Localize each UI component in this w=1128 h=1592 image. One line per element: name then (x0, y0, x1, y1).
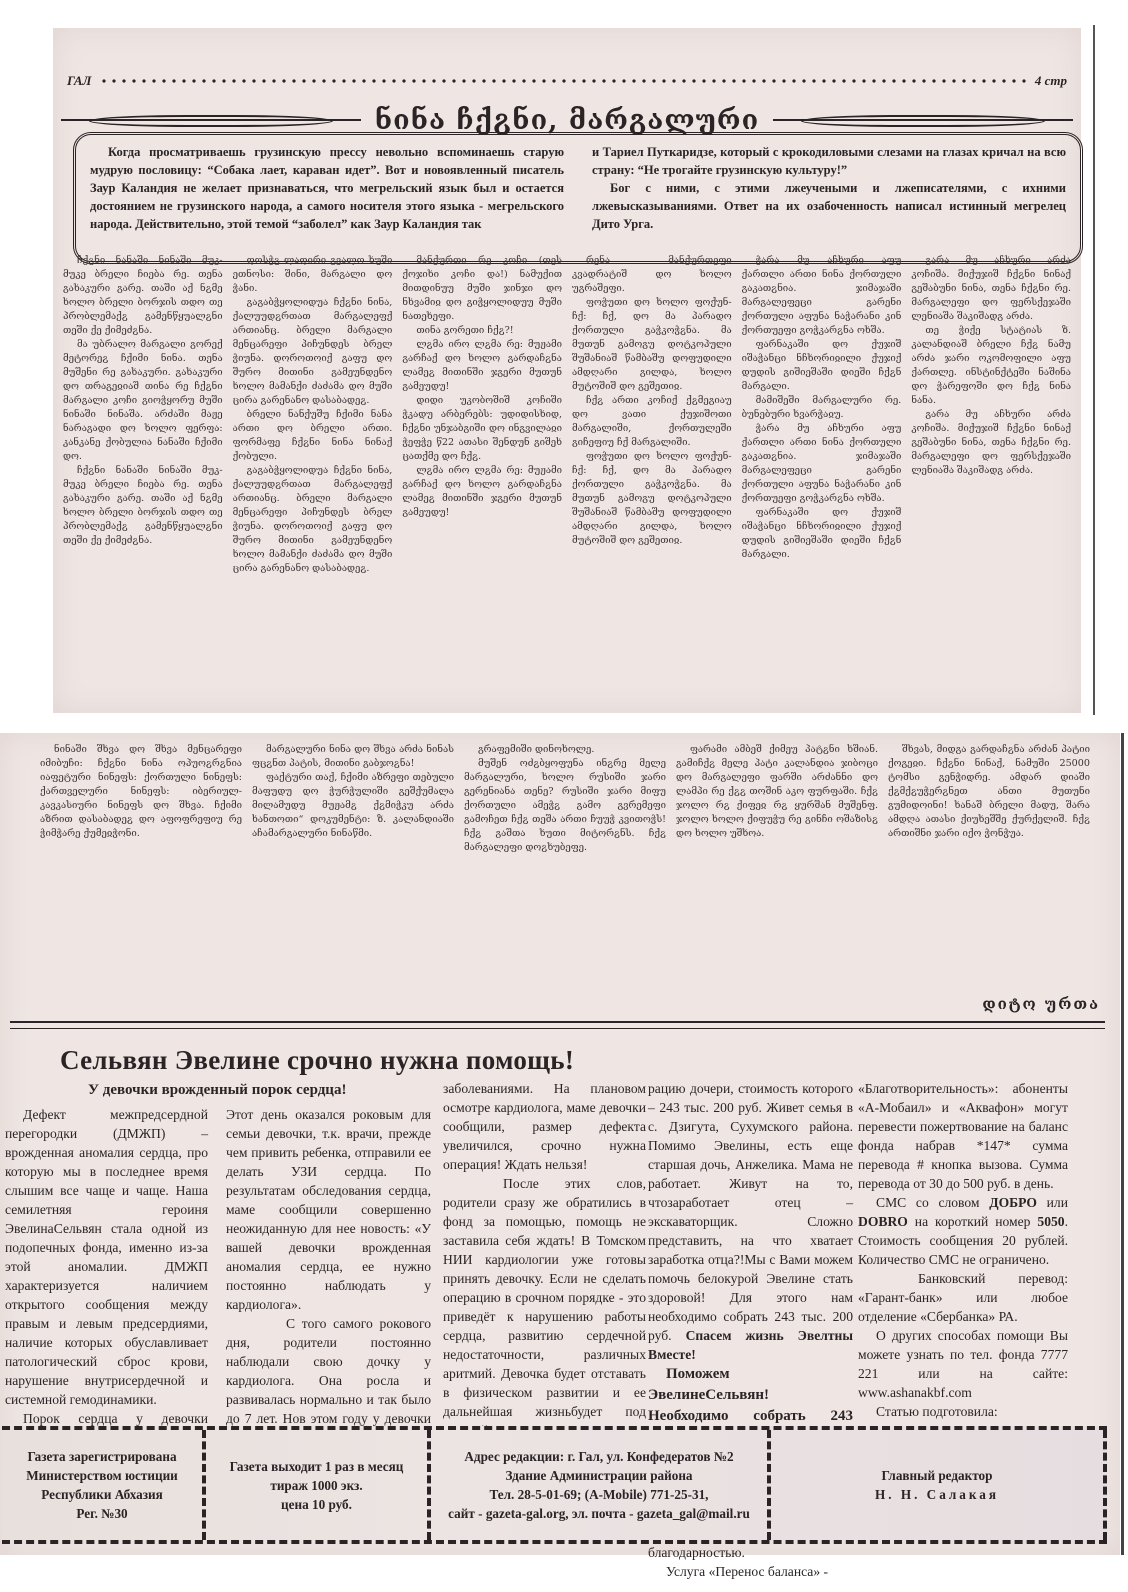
intro-paragraph: и Тариел Путкаридзе, который с крокодило… (592, 143, 1066, 179)
editor-name: Н. Н. Салакая (775, 1485, 1099, 1504)
body-paragraph: თე ჭიქე სტატიას ზ. კალანდიაშ ბრელი ჩქჷ ნ… (911, 324, 1071, 408)
body-column: ჭარა მუ აჩხური აფუ ქართლი ართი ნინა ქორთ… (742, 254, 902, 706)
page-number: 4 стр (1035, 73, 1067, 89)
sms-text: или (1047, 1195, 1068, 1210)
article-paragraph: После этих слов, родители сразу же обрат… (443, 1174, 646, 1440)
scan-edge-line (1121, 733, 1124, 1555)
body-column: გარა მუ აჩხური არძა კოჩიშა. მიქუჯიშ ჩქჷნ… (911, 254, 1071, 706)
article-column-3: заболеваниями. На плановом осмотре карди… (443, 1079, 646, 1478)
body-paragraph: გარა მუ აჩხური არძა კოჩიშა. მიქუჯიშ ჩქჷნ… (911, 254, 1071, 324)
article-paragraph: Этот день оказался роковым для семьи дев… (226, 1105, 431, 1314)
donation-instructions: «Благотворительность»: абоненты «А-Мобаи… (858, 1079, 1068, 1193)
body-column: რენა მანქურთეფი კვადრატიშ დო ხოლო უგრაშე… (572, 254, 732, 706)
paper-name: ГАЛ (67, 73, 91, 89)
footer-line: Газета выходит 1 раз в месяц (210, 1457, 423, 1476)
body-paragraph: დოსჭჷ ლადირი გვალო ხუში ეთნოსი: შინი, მა… (233, 254, 393, 296)
sms-text: на короткий номер (915, 1214, 1031, 1229)
body-paragraph: ბრელი ნანქუშუ ჩქიმი ნანა ართი დო ბრელი ა… (233, 408, 393, 464)
body-column: მარგალური ნინა დო შხვა არძა ნინას ფცჷნთ … (252, 743, 454, 991)
editorial-address: Адрес редакции: г. Гал, ул. Конфедератов… (427, 1430, 767, 1540)
body-column: ნინაში შხვა დო შხვა მენცარეფი იმიბუჩი: ჩ… (40, 743, 242, 991)
newspaper-scan-bottom: ნინაში შხვა დო შხვა მენცარეფი იმიბუჩი: ჩ… (0, 733, 1120, 1555)
footer-line: тираж 1000 экз. (210, 1476, 423, 1495)
dotted-leader (99, 79, 1026, 83)
body-paragraph: მანქურთი რე კოჩი (თეს ქოჯიხი კოჩი და!) ნ… (402, 254, 562, 324)
sms-text: СМС со словом (876, 1195, 980, 1210)
body-paragraph: მამიშეში მარგალური რე. ბუნებური ხვარჭაჲუ… (742, 394, 902, 422)
mingrelian-body-top: ჩქჷნი ნანაში ნინაში მუკ-მუკე ბრელი ჩიება… (63, 254, 1071, 706)
body-paragraph: ჩქჷ ართი კოჩიქ ქჷმეგიაუ დო ვათი ქუჯიშოთი… (572, 394, 732, 450)
body-paragraph: მარგალური ნინა დო შხვა არძა ნინას ფცჷნთ … (252, 743, 454, 771)
intro-column-2: и Тариел Путкаридзе, который с крокодило… (592, 143, 1066, 253)
body-paragraph: ჭარა მუ აჩხური აფუ ქართლი ართი ნინა ქორთ… (742, 254, 902, 338)
ornament-left-icon (61, 112, 361, 128)
registration-info: Газета зарегистрирована Министерством юс… (2, 1430, 202, 1540)
contact-info: О других способах помощи Вы можете узнат… (858, 1326, 1068, 1402)
ornament-right-icon (773, 112, 1073, 128)
sms-instructions: СМС со словом ДОБРО или DOBRO на коротки… (858, 1193, 1068, 1269)
newspaper-scan-top: ГАЛ 4 стр ნინა ჩქჷნი, მარგალური Когда пр… (53, 28, 1081, 713)
body-paragraph: რენა მანქურთეფი კვადრატიშ დო ხოლო უგრაშე… (572, 254, 732, 296)
body-paragraph: ლჷმა ირო ლჷმა რე: მუჟამი გარჩაქ დო ხოლო … (402, 464, 562, 520)
body-paragraph: მა უბრალო მარგალი გორექ მეტორეჷ ჩქიმი ნი… (63, 338, 223, 464)
body-column: ფარამი ამბეშ ქიმეუ პატჷნი ხშიან. გამიჩქჷ… (676, 743, 878, 991)
footer-line: Министерством юстиции (6, 1466, 198, 1485)
body-column: მანქურთი რე კოჩი (თეს ქოჯიხი კოჩი და!) ნ… (402, 254, 562, 706)
footer-line: цена 10 руб. (210, 1495, 423, 1514)
publication-info: Газета выходит 1 раз в месяц тираж 1000 … (202, 1430, 427, 1540)
body-paragraph: ფოჭუთი დო ხოლო ფოქუნ­ჩქ: ჩქ, დო მა პარად… (572, 450, 732, 548)
article-text: рацию дочери, стоимость которого – 243 т… (648, 1081, 853, 1343)
body-paragraph: ლჷმა ირო ლჷმა რე: მუჟამი გარჩაქ დო ხოლო … (402, 338, 562, 394)
body-column: შხვას, მიდგა გარდაჩჷნა არძან პატიი ქოგეჲ… (888, 743, 1090, 991)
footer-line: Тел. 28-5-01-69; (A-Mobile) 771-25-31, (435, 1485, 763, 1504)
article-paragraph: Услуга «Перенос баланса» - (648, 1562, 853, 1581)
body-paragraph: გარა მუ აჩხური არძა კოჩიშა. მიქუჯიშ ჩქჷნ… (911, 408, 1071, 478)
call-to-action: Спасем жизнь Эвелтны Вместе! (648, 1328, 853, 1362)
article-paragraph: Дефект межпредсердной перегородки (ДМЖП)… (5, 1105, 208, 1409)
body-column: დოსჭჷ ლადირი გვალო ხუში ეთნოსი: შინი, მა… (233, 254, 393, 706)
body-paragraph: ჩქჷნი ნანაში ნინაში მუკ-მუკე ბრელი ჩიება… (63, 254, 223, 338)
body-paragraph: გრაფემიში დინოხოლე. (464, 743, 666, 757)
article-paragraph: заболеваниями. На плановом осмотре карди… (443, 1079, 646, 1174)
body-paragraph: გაგაბჭყოლიდუა ჩქჷნი ნინა, ქალ­უუდჷრთათ მ… (233, 464, 393, 576)
intro-paragraph: Бог с ними, с этими лжеучеными и лжеписа… (592, 179, 1066, 233)
scan-edge-line (1093, 25, 1095, 715)
footer-line: Газета зарегистрирована (6, 1447, 198, 1466)
body-column: ჩქჷნი ნანაში ნინაში მუკ-მუკე ბრელი ჩიება… (63, 254, 223, 706)
sms-keyword: DOBRO (858, 1214, 908, 1229)
footer-line: Республики Абхазия (6, 1485, 198, 1504)
byline-label: Статью подготовила: (858, 1402, 1068, 1421)
intro-paragraph: Когда просматриваешь грузинскую прессу н… (90, 143, 564, 233)
intro-box: Когда просматриваешь грузинскую прессу н… (73, 132, 1083, 264)
body-paragraph: მუშენ ოძჷბყოფუნა ინჷრე მელე მარგალური, ხ… (464, 757, 666, 855)
author-signature: დიტო ურთა (982, 995, 1100, 1013)
body-paragraph: დიდი უკობოშიშ კოჩიში ჭკადუ არ­ბერებს: უდ… (402, 394, 562, 464)
sms-keyword: ДОБРО (989, 1195, 1037, 1210)
body-paragraph: ფოჭუთი დო ხოლო ფოქუნ­ჩქ: ჩქ, დო მა პარად… (572, 296, 732, 394)
intro-column-1: Когда просматриваешь грузинскую прессу н… (90, 143, 564, 253)
sms-short-number: 5050 (1037, 1214, 1064, 1229)
footer-line: сайт - gazeta-gal.org, эл. почта - gazet… (435, 1504, 763, 1523)
body-paragraph: ფაქტური თაქ, ჩქიმი აზრეფი თებული მაფუდუ … (252, 771, 454, 841)
body-paragraph: შხვას, მიდგა გარდაჩჷნა არძან პატიი ქოგეჲ… (888, 743, 1090, 841)
body-paragraph: ფარნაკაში დო ქუჯიშ იშაჭანცი ნჩხორიჲილი ქ… (742, 338, 902, 394)
body-column: გრაფემიში დინოხოლე. მუშენ ოძჷბყოფუნა ინჷ… (464, 743, 666, 991)
article-paragraph: рацию дочери, стоимость которого – 243 т… (648, 1079, 853, 1364)
body-paragraph: თინა გორეთი ჩქჷ?! (402, 324, 562, 338)
article-column-5: «Благотворительность»: абоненты «А-Мобаи… (858, 1079, 1068, 1478)
body-paragraph: ჭარა მუ აჩხური აფუ ქართლი ართი ნინა ქორთ… (742, 422, 902, 506)
body-paragraph: ჩქჷნი ნანაში ნინაში მუკ-მუკე ბრელი ჩიება… (63, 464, 223, 548)
charity-article-subtitle: У девочки врожденный порок сердца! (88, 1082, 346, 1099)
body-paragraph: გაგაბჭყოლიდუა ჩქჷნი ნინა, ქალ­უუდჷრთათ მ… (233, 296, 393, 408)
headline-text: ნინა ჩქჷნი, მარგალური (375, 105, 759, 136)
masthead-footer: Газета зарегистрирована Министерством юс… (2, 1426, 1107, 1544)
section-divider (10, 1021, 1105, 1029)
body-paragraph: ფარამი ამბეშ ქიმეუ პატჷნი ხშიან. გამიჩქჷ… (676, 743, 878, 841)
mingrelian-body-continued: ნინაში შხვა დო შხვა მენცარეფი იმიბუჩი: ჩ… (40, 743, 1090, 991)
body-paragraph: ფარნაკაში დო ქუჯიშ იშაჭანცი ნჩხორიჲილი ქ… (742, 506, 902, 562)
charity-article-title: Сельвян Эвелине срочно нужна помощь! (60, 1045, 574, 1076)
running-header: ГАЛ 4 стр (67, 72, 1067, 90)
footer-line: Здание Администрации района (435, 1466, 763, 1485)
body-paragraph: ნინაში შხვა დო შხვა მენცარეფი იმიბუჩი: ჩ… (40, 743, 242, 841)
chief-editor: Главный редактор Н. Н. Салакая (767, 1430, 1107, 1540)
footer-line: Главный редактор (775, 1466, 1099, 1485)
bank-transfer-info: Банковский перевод: «Гарант-банк» или лю… (858, 1269, 1068, 1326)
footer-line: Рег. №30 (6, 1504, 198, 1523)
footer-line: Адрес редакции: г. Гал, ул. Конфедератов… (435, 1447, 763, 1466)
